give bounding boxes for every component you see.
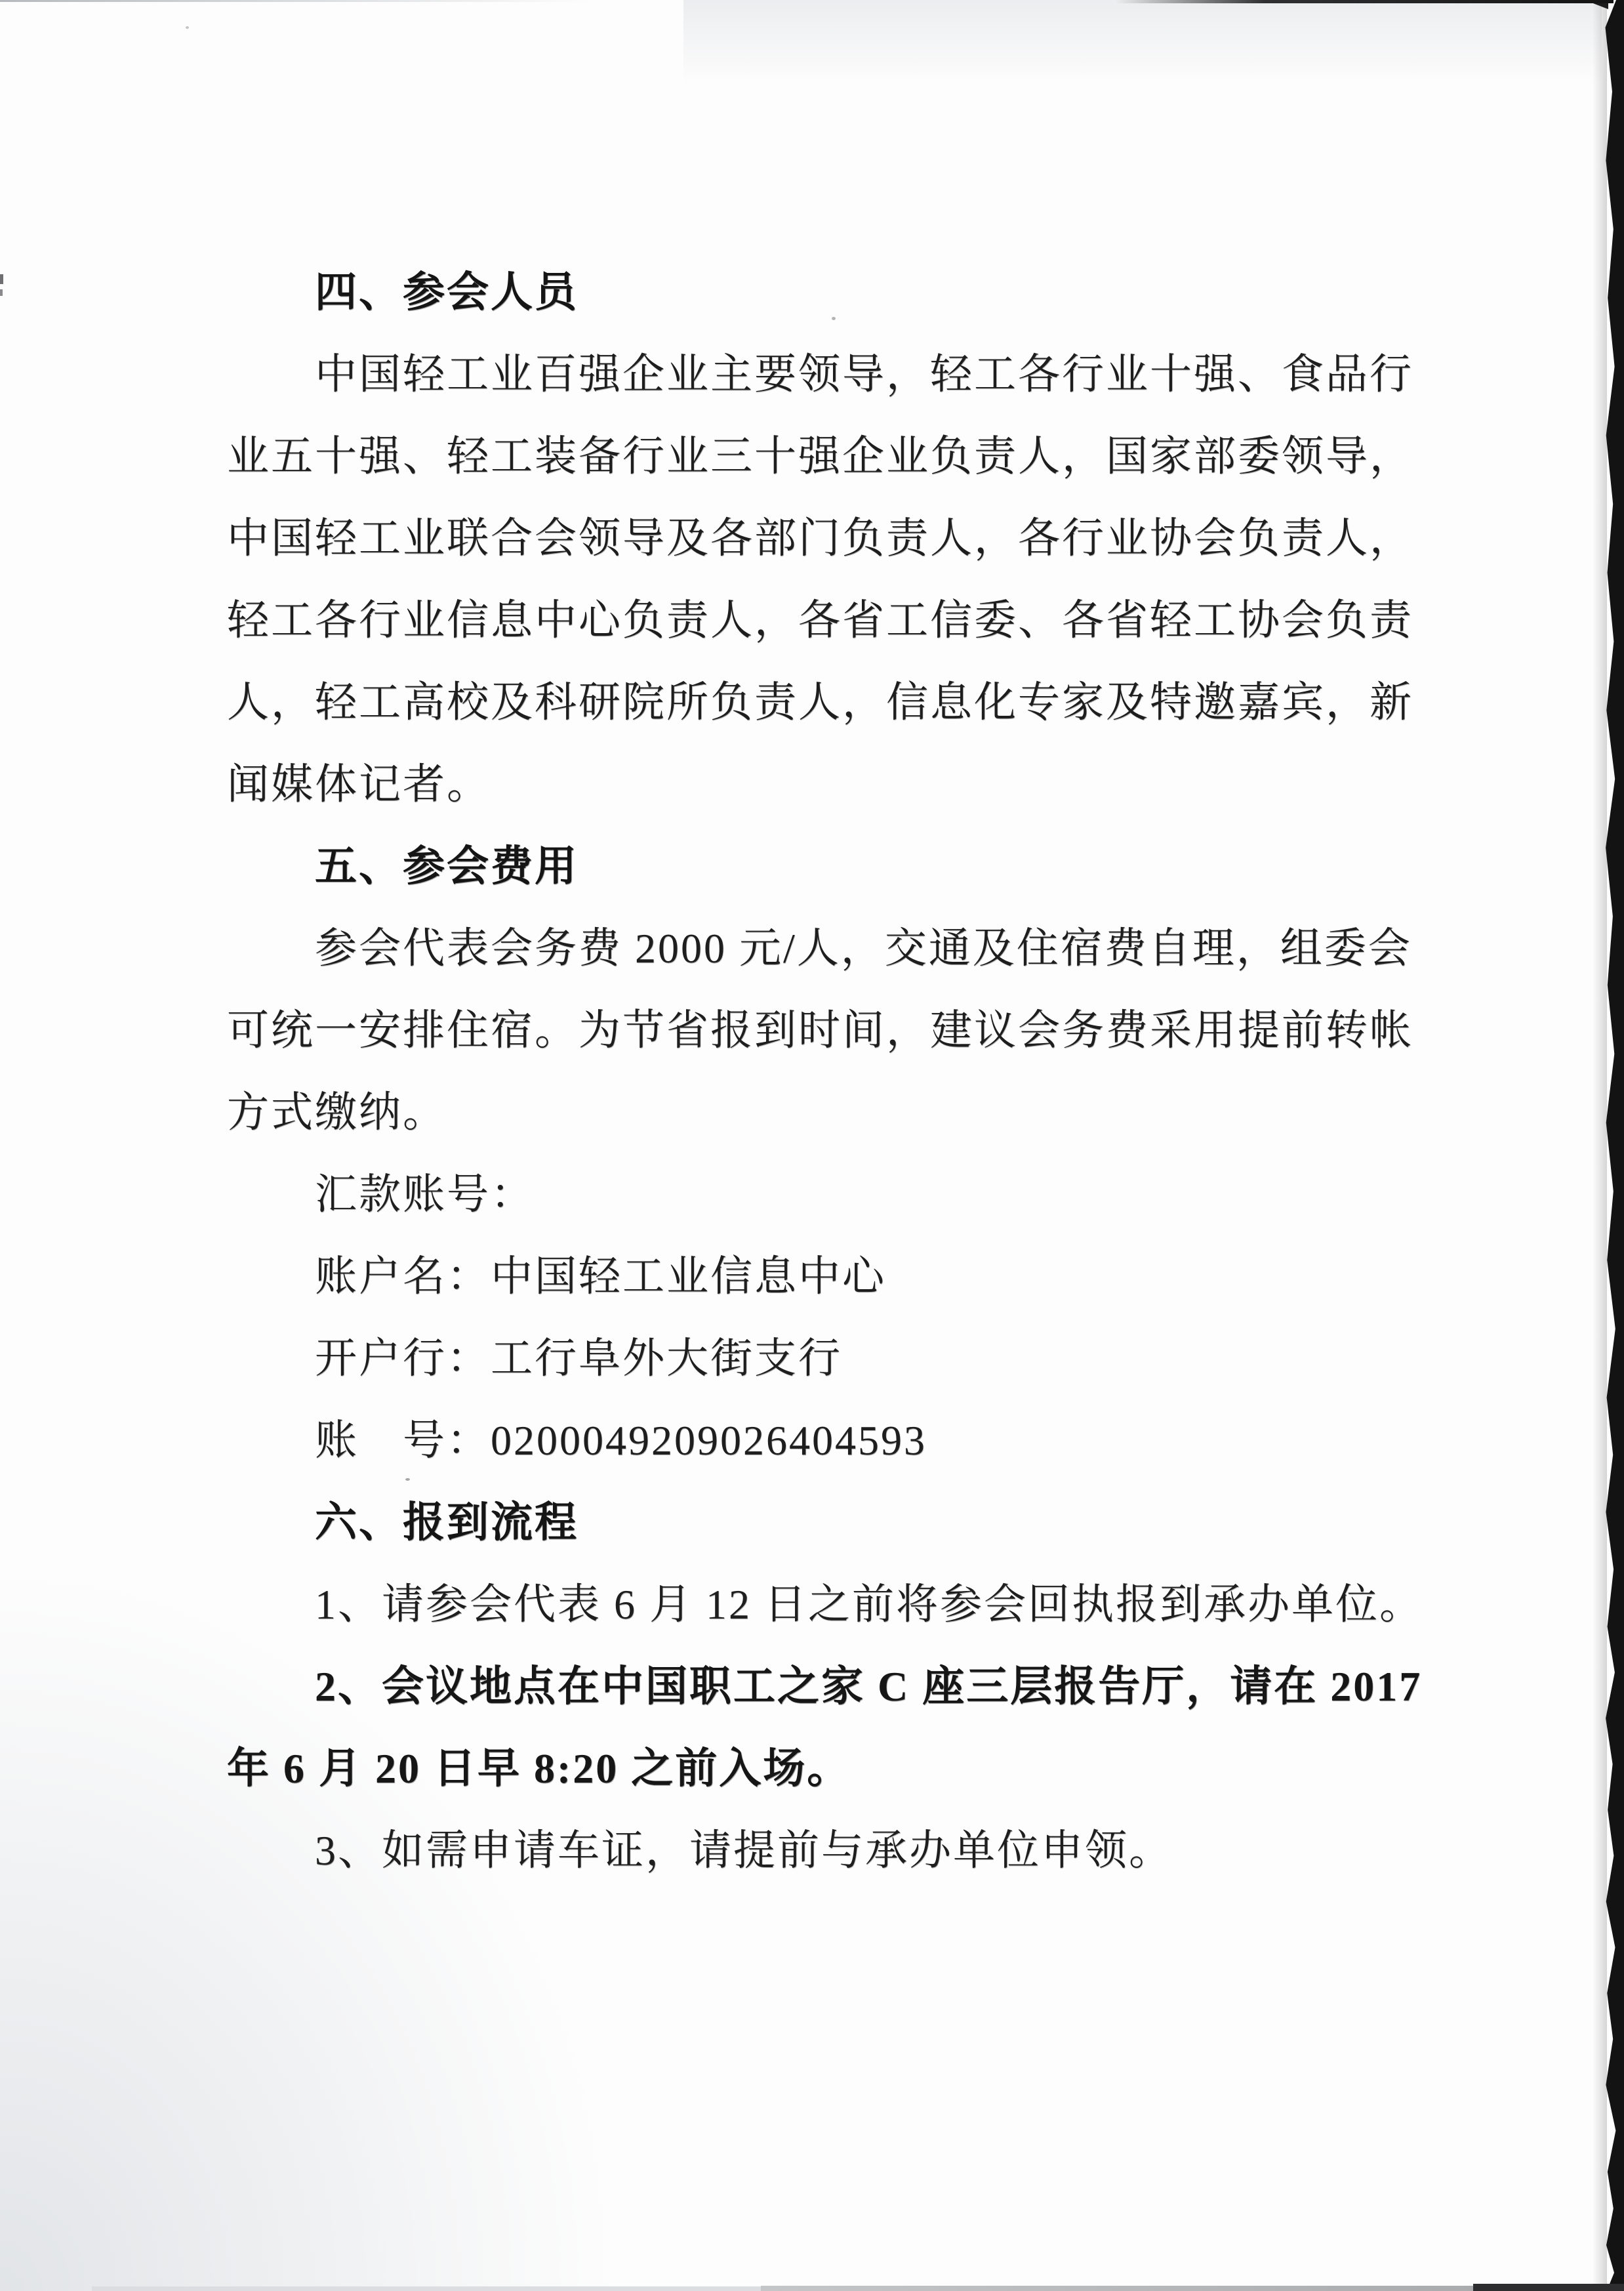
scan-speck bbox=[405, 1478, 410, 1481]
scan-speck bbox=[832, 317, 836, 320]
paragraph-line: 中国轻工业联合会领导及各部门负责人，各行业协会负责人， bbox=[227, 493, 1447, 575]
scanner-edge-bottom-light-strip bbox=[92, 2286, 761, 2291]
scan-left-edge-mark bbox=[0, 289, 3, 296]
scan-speck bbox=[186, 26, 189, 29]
checkin-item-1: 1、请参会代表 6 月 12 日之前将参会回执报到承办单位。 bbox=[227, 1559, 1447, 1641]
paragraph-line: 闻媒体记者。 bbox=[227, 739, 1447, 821]
account-number-line: 账 号：0200049209026404593 bbox=[227, 1395, 1447, 1477]
paragraph-line: 方式缴纳。 bbox=[227, 1067, 1447, 1149]
section-heading-fees: 五、参会费用 bbox=[227, 821, 1447, 903]
scan-left-edge-mark bbox=[0, 274, 3, 284]
document-text-block: 四、参会人员 中国轻工业百强企业主要领导，轻工各行业十强、食品行 业五十强、轻工… bbox=[227, 247, 1447, 1888]
paragraph-line: 轻工各行业信息中心负责人，各省工信委、各省轻工协会负责 bbox=[227, 575, 1447, 657]
scan-shading-top-right bbox=[683, 0, 1602, 85]
remittance-account-label: 汇款账号： bbox=[227, 1149, 1447, 1231]
scanner-edge-bottom-mid-strip bbox=[761, 2286, 1502, 2291]
scanner-edge-bottom-dark-strip bbox=[1473, 2284, 1624, 2291]
section-heading-checkin: 六、报到流程 bbox=[227, 1477, 1447, 1559]
paragraph-line: 参会代表会务费 2000 元/人，交通及住宿费自理，组委会 bbox=[227, 903, 1447, 985]
scanner-edge-right bbox=[1604, 0, 1624, 2291]
paragraph-line: 人，轻工高校及科研院所负责人，信息化专家及特邀嘉宾，新 bbox=[227, 657, 1447, 739]
checkin-item-2-continued: 年 6 月 20 日早 8:20 之前入场。 bbox=[227, 1723, 1447, 1806]
checkin-item-2: 2、会议地点在中国职工之家 C 座三层报告厅，请在 2017 bbox=[227, 1641, 1447, 1723]
scanned-document-page: 四、参会人员 中国轻工业百强企业主要领导，轻工各行业十强、食品行 业五十强、轻工… bbox=[0, 0, 1624, 2291]
scan-shading-right-inner bbox=[1593, 0, 1607, 2291]
paragraph-line: 中国轻工业百强企业主要领导，轻工各行业十强、食品行 bbox=[227, 329, 1447, 411]
bank-branch-line: 开户行：工行阜外大街支行 bbox=[227, 1313, 1447, 1395]
scanner-edge-top-dark-line bbox=[1115, 0, 1614, 3]
checkin-item-3: 3、如需申请车证，请提前与承办单位申领。 bbox=[227, 1806, 1447, 1888]
scanner-edge-top-light-line bbox=[0, 0, 590, 2]
section-heading-participants: 四、参会人员 bbox=[227, 247, 1447, 329]
account-name-line: 账户名：中国轻工业信息中心 bbox=[227, 1231, 1447, 1313]
paragraph-line: 可统一安排住宿。为节省报到时间，建议会务费采用提前转帐 bbox=[227, 985, 1447, 1067]
paragraph-line: 业五十强、轻工装备行业三十强企业负责人，国家部委领导， bbox=[227, 411, 1447, 493]
